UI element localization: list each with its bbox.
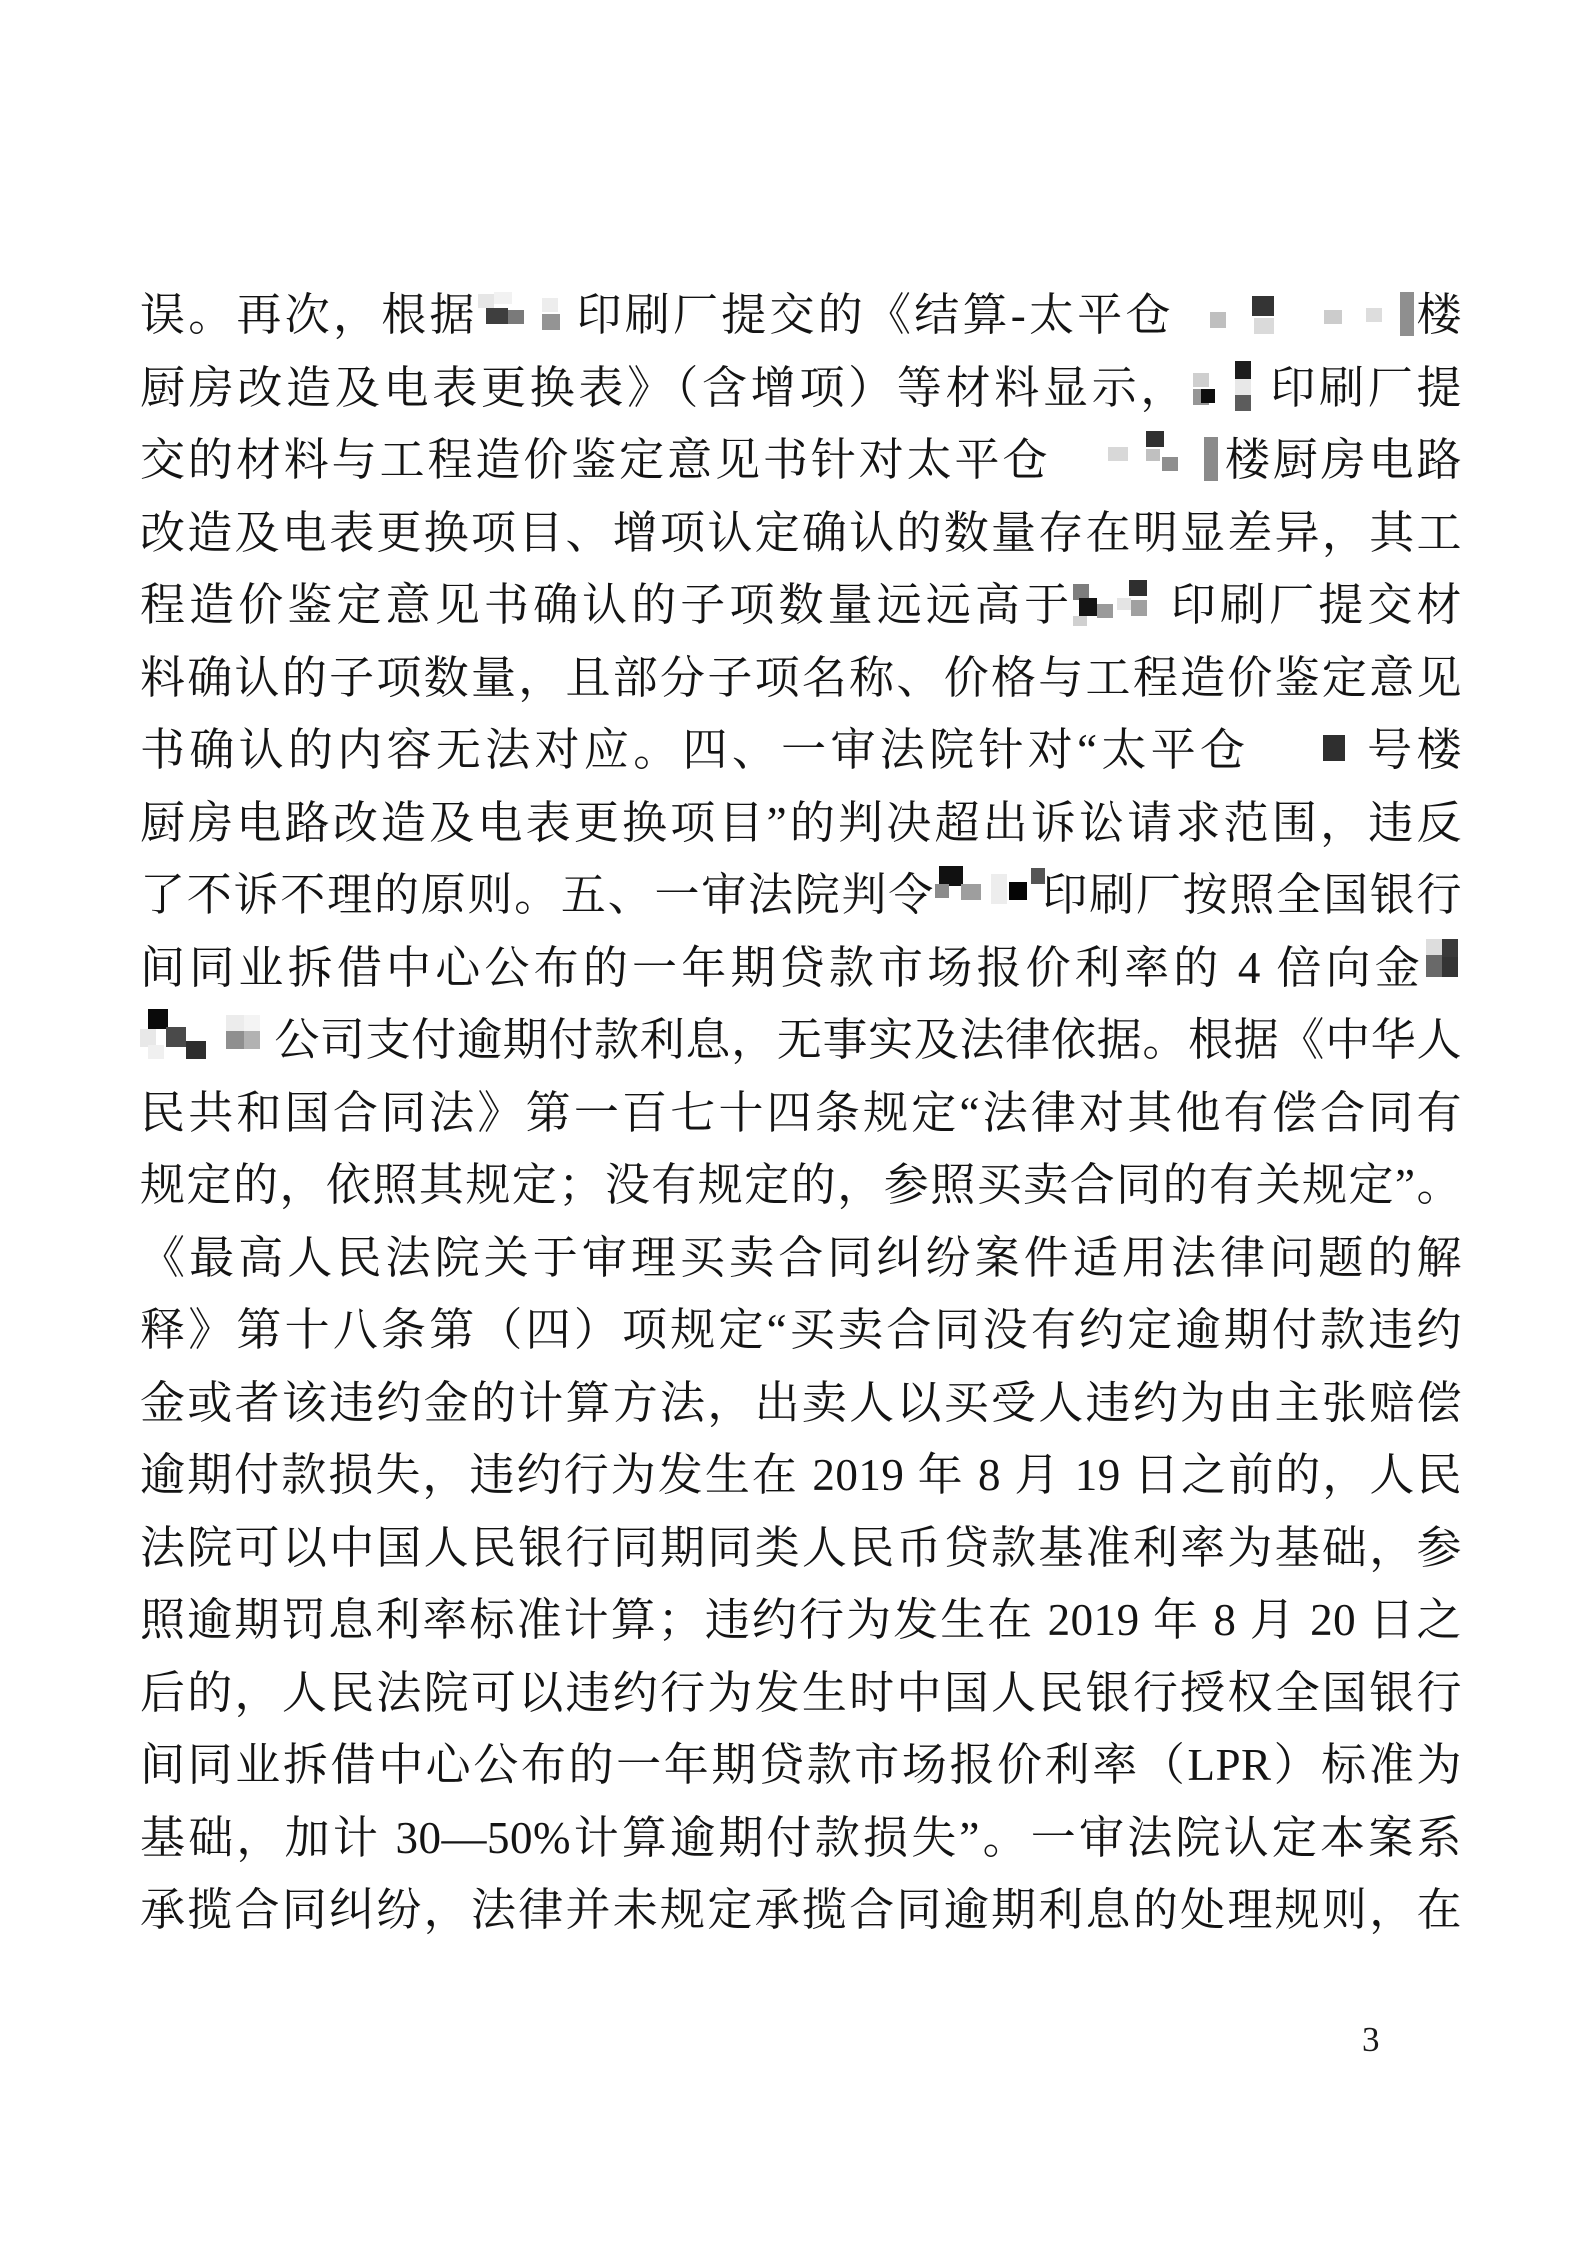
text-line: 公司支付逾期付款利息，无事实及法律依据。根据《中华人	[140, 1004, 1462, 1077]
text-segment: 间同业拆借中心公布的一年期贷款市场报价利率（LPR）标准为	[140, 1740, 1462, 1790]
redaction-mosaic	[1249, 727, 1363, 773]
text-segment: 《最高人民法院关于审理买卖合同纠纷案件适用法律问题的解	[140, 1233, 1462, 1283]
text-segment: 照逾期罚息利率标准计算；违约行为发生在 2019 年 8 月 20 日之	[140, 1595, 1462, 1645]
text-line: 厨房电路改造及电表更换项目”的判决超出诉讼请求范围，违反	[140, 787, 1462, 860]
text-line: 间同业拆借中心公布的一年期贷款市场报价利率（LPR）标准为	[140, 1729, 1462, 1802]
text-line: 程造价鉴定意见书确认的子项数量远远高于印刷厂提交材	[140, 569, 1462, 642]
text-segment: 程造价鉴定意见书确认的子项数量远远高于	[140, 580, 1073, 630]
text-segment: 交的材料与工程造价鉴定意见书针对太平仓	[140, 435, 1050, 485]
redaction-mosaic	[1174, 292, 1414, 338]
scanned-document-page: 误。再次，根据印刷厂提交的《结算-太平仓楼厨房改造及电表更换表》（含增项）等材料…	[0, 0, 1587, 2247]
text-segment: 印刷厂按照全国银行	[1041, 870, 1462, 920]
text-segment: 公司支付逾期付款利息，无事实及法律依据。根据《中华人	[274, 1015, 1462, 1065]
text-line: 料确认的子项数量，且部分子项名称、价格与工程造价鉴定意见	[140, 642, 1462, 715]
text-line: 法院可以中国人民银行同期同类人民币贷款基准利率为基础，参	[140, 1512, 1462, 1585]
redaction-mosaic	[1073, 582, 1167, 628]
text-segment: 规定的，依照其规定；没有规定的，参照买卖合同的有关规定”。	[140, 1160, 1462, 1210]
text-segment: 法院可以中国人民银行同期同类人民币贷款基准利率为基础，参	[140, 1523, 1462, 1573]
text-line: 民共和国合同法》第一百七十四条规定“法律对其他有偿合同有	[140, 1077, 1462, 1150]
text-line: 释》第十八条第（四）项规定“买卖合同没有约定逾期付款违约	[140, 1294, 1462, 1367]
text-segment: 厨房电路改造及电表更换项目”的判决超出诉讼请求范围，违反	[140, 798, 1462, 848]
document-body: 误。再次，根据印刷厂提交的《结算-太平仓楼厨房改造及电表更换表》（含增项）等材料…	[140, 279, 1462, 1947]
text-segment: 印刷厂提交材	[1167, 580, 1462, 630]
text-line: 后的，人民法院可以违约行为发生时中国人民银行授权全国银行	[140, 1657, 1462, 1730]
text-line: 厨房改造及电表更换表》（含增项）等材料显示，印刷厂提	[140, 352, 1462, 425]
text-segment: 料确认的子项数量，且部分子项名称、价格与工程造价鉴定意见	[140, 653, 1462, 703]
text-line: 规定的，依照其规定；没有规定的，参照买卖合同的有关规定”。	[140, 1149, 1462, 1222]
text-segment: 楼	[1414, 290, 1462, 340]
text-segment: 改造及电表更换项目、增项认定确认的数量存在明显差异，其工	[140, 508, 1462, 558]
redaction-mosaic	[140, 1017, 274, 1063]
text-segment: 楼厨房电路	[1222, 435, 1462, 485]
text-segment: 印刷厂提交的《结算-太平仓	[574, 290, 1174, 340]
redaction-mosaic	[1424, 945, 1462, 991]
text-line: 间同业拆借中心公布的一年期贷款市场报价利率的 4 倍向金	[140, 932, 1462, 1005]
text-line: 误。再次，根据印刷厂提交的《结算-太平仓楼	[140, 279, 1462, 352]
text-line: 《最高人民法院关于审理买卖合同纠纷案件适用法律问题的解	[140, 1222, 1462, 1295]
redaction-mosaic	[478, 292, 574, 338]
redaction-mosaic	[1050, 437, 1222, 483]
text-segment: 印刷厂提	[1267, 363, 1462, 413]
text-segment: 释》第十八条第（四）项规定“买卖合同没有约定逾期付款违约	[140, 1305, 1462, 1355]
redaction-mosaic	[1189, 365, 1267, 411]
text-segment: 承揽合同纠纷，法律并未规定承揽合同逾期利息的处理规则，在	[140, 1885, 1462, 1935]
text-segment: 书确认的内容无法对应。四、一审法院针对“太平仓	[140, 725, 1249, 775]
text-line: 书确认的内容无法对应。四、一审法院针对“太平仓号楼	[140, 714, 1462, 787]
text-segment: 逾期付款损失，违约行为发生在 2019 年 8 月 19 日之前的，人民	[140, 1450, 1462, 1500]
text-segment: 了不诉不理的原则。五、一审法院判令	[140, 870, 935, 920]
text-segment: 号楼	[1363, 725, 1462, 775]
text-line: 交的材料与工程造价鉴定意见书针对太平仓楼厨房电路	[140, 424, 1462, 497]
text-line: 金或者该违约金的计算方法，出卖人以买受人违约为由主张赔偿	[140, 1367, 1462, 1440]
page-number: 3	[1362, 2020, 1380, 2060]
text-line: 照逾期罚息利率标准计算；违约行为发生在 2019 年 8 月 20 日之	[140, 1584, 1462, 1657]
text-segment: 基础，加计 30—50%计算逾期付款损失”。一审法院认定本案系	[140, 1813, 1462, 1863]
text-segment: 民共和国合同法》第一百七十四条规定“法律对其他有偿合同有	[140, 1088, 1462, 1138]
text-line: 承揽合同纠纷，法律并未规定承揽合同逾期利息的处理规则，在	[140, 1874, 1462, 1947]
text-segment: 厨房改造及电表更换表》（含增项）等材料显示，	[140, 363, 1189, 413]
text-segment: 间同业拆借中心公布的一年期贷款市场报价利率的 4 倍向金	[140, 943, 1424, 993]
text-line: 改造及电表更换项目、增项认定确认的数量存在明显差异，其工	[140, 497, 1462, 570]
redaction-mosaic	[935, 872, 1041, 918]
text-line: 基础，加计 30—50%计算逾期付款损失”。一审法院认定本案系	[140, 1802, 1462, 1875]
text-line: 了不诉不理的原则。五、一审法院判令印刷厂按照全国银行	[140, 859, 1462, 932]
text-segment: 金或者该违约金的计算方法，出卖人以买受人违约为由主张赔偿	[140, 1378, 1462, 1428]
text-line: 逾期付款损失，违约行为发生在 2019 年 8 月 19 日之前的，人民	[140, 1439, 1462, 1512]
text-segment: 后的，人民法院可以违约行为发生时中国人民银行授权全国银行	[140, 1668, 1462, 1718]
text-segment: 误。再次，根据	[140, 290, 478, 340]
